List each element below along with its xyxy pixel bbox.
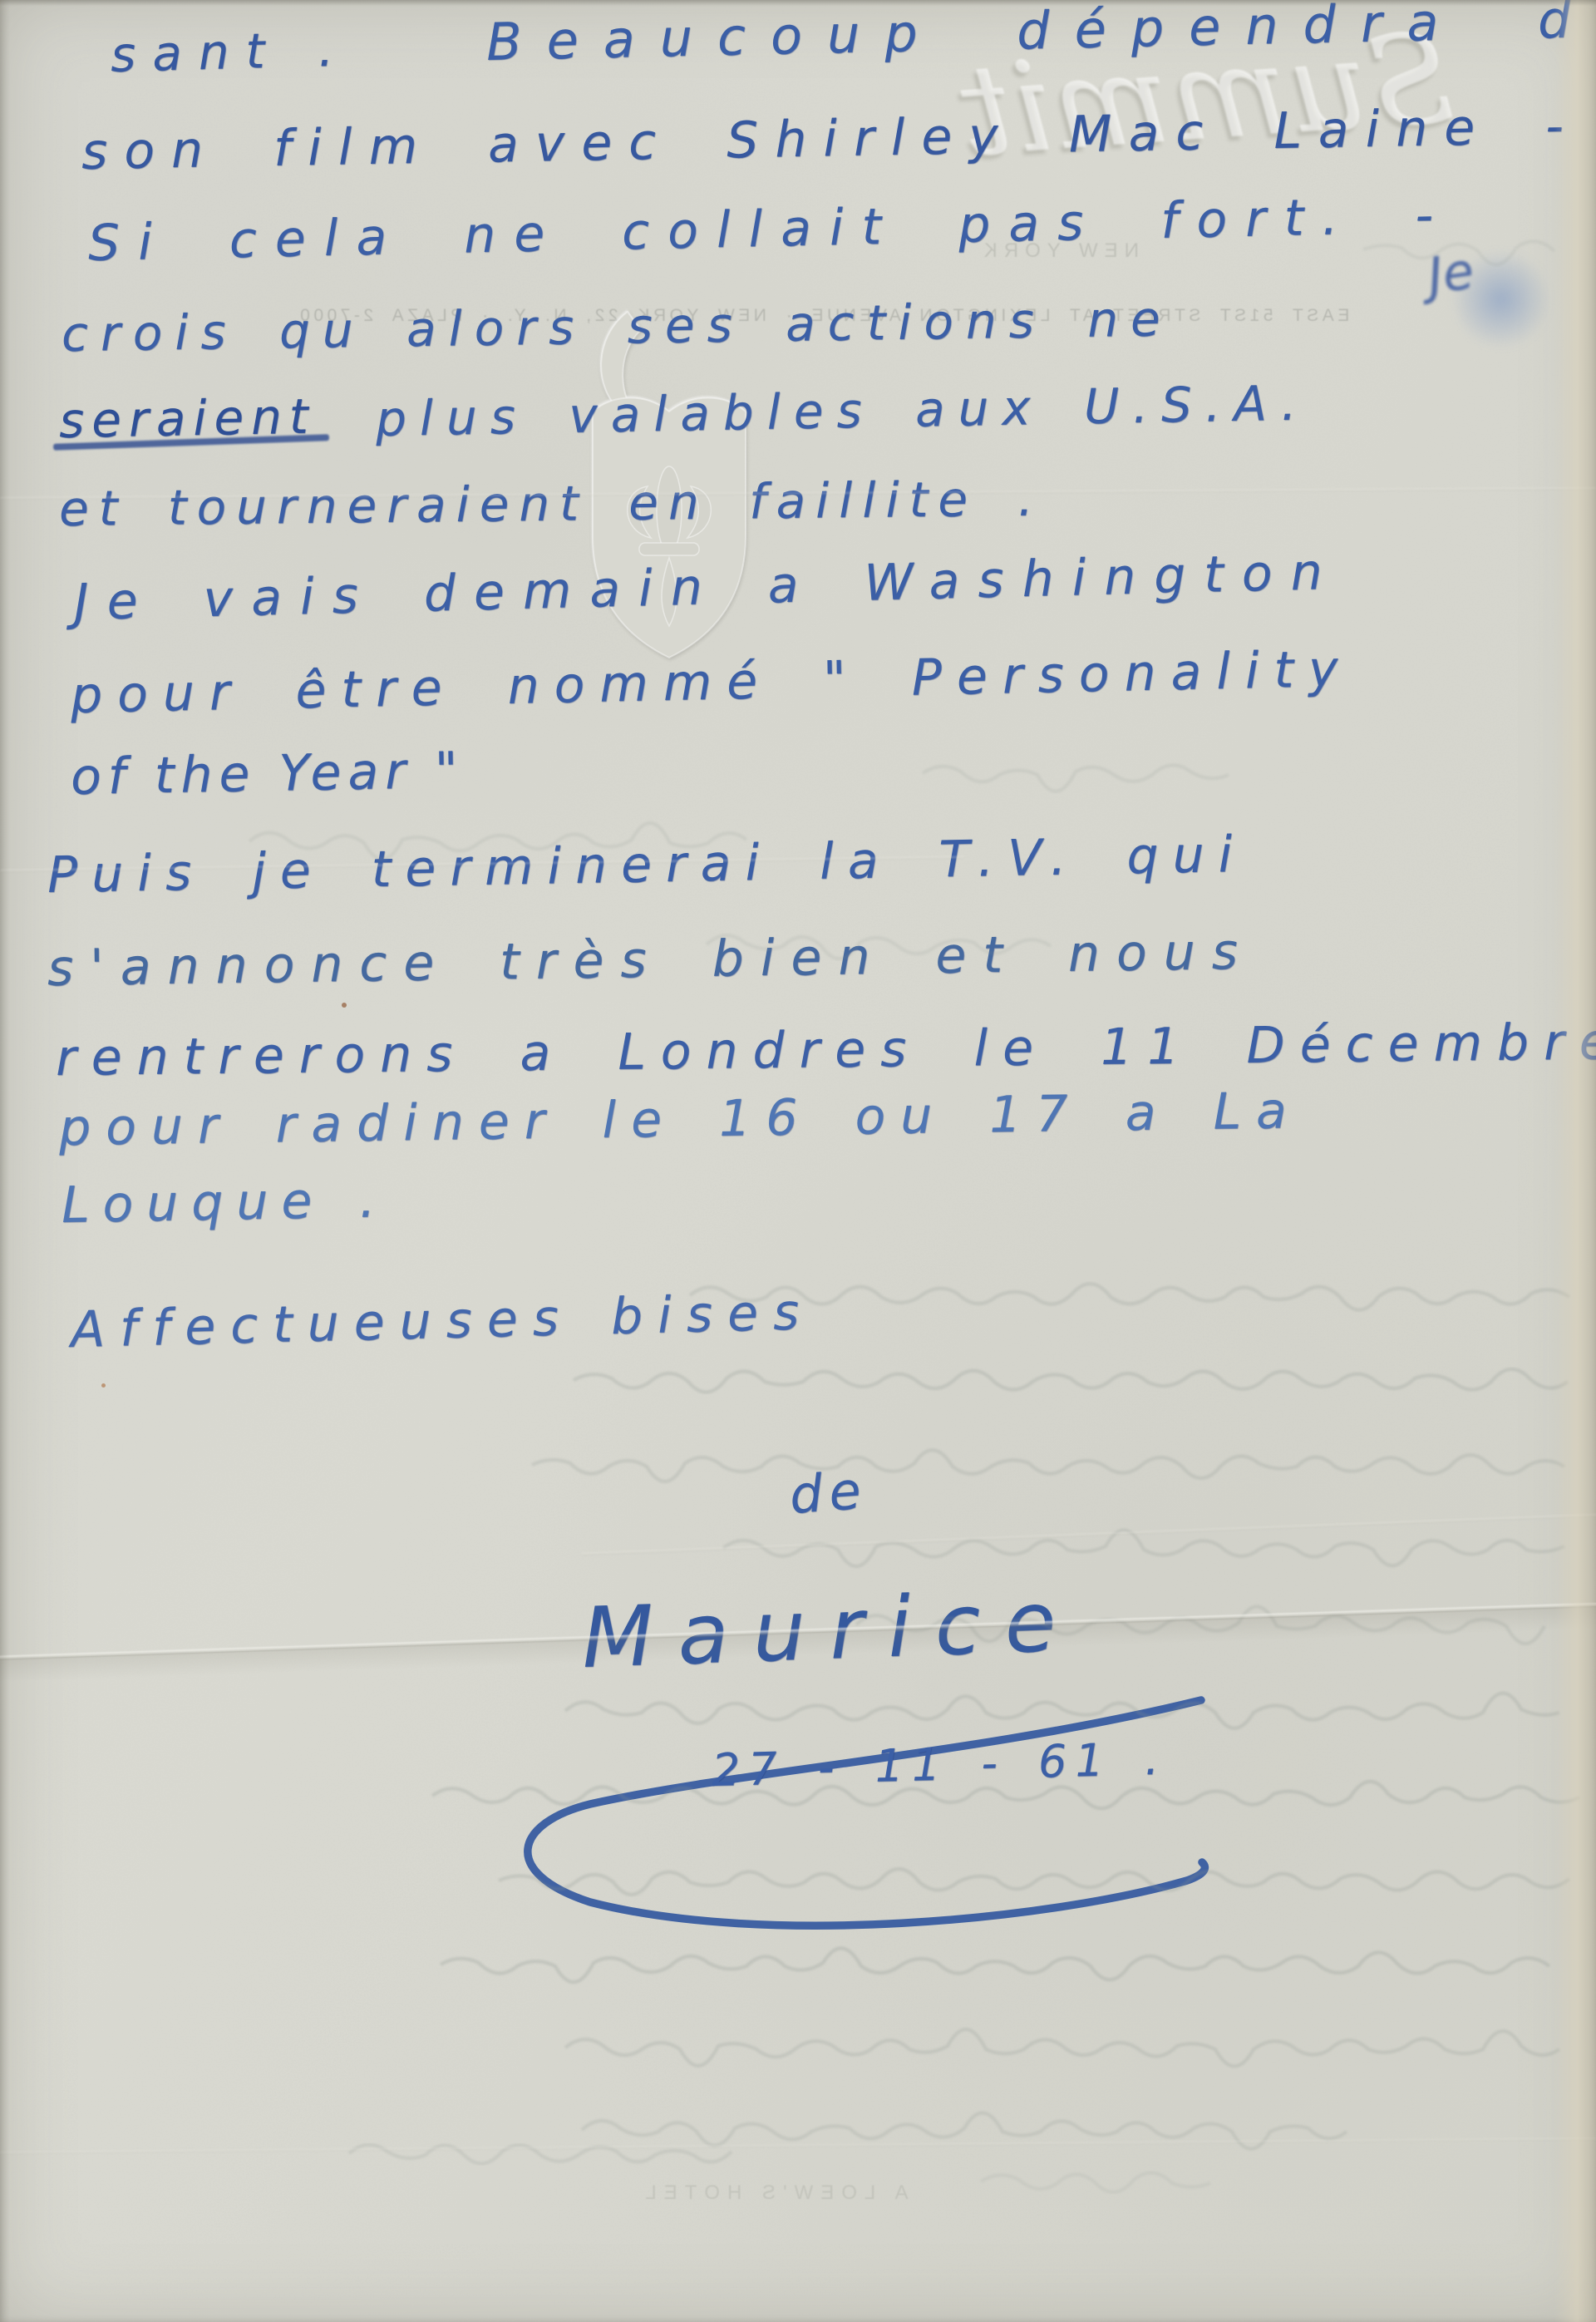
paper-left-edge bbox=[0, 0, 10, 2322]
hw-line-affectueuses: Affectueuses bises bbox=[70, 1283, 815, 1359]
paper-top-edge bbox=[0, 0, 1596, 6]
hw-line-faillite: et tourneraient en faillite . bbox=[59, 471, 1044, 537]
rust-speck bbox=[342, 1003, 347, 1008]
rust-speck-2 bbox=[101, 1383, 106, 1388]
signature-name: Maurice bbox=[580, 1572, 1081, 1687]
hw-line-puis-je: Puis je terminerai la T.V. qui bbox=[47, 826, 1246, 905]
hw-line-sant: sant . bbox=[110, 20, 351, 83]
crease-lower bbox=[0, 2137, 1596, 2154]
signature-date: 27 - 11 - 61 . bbox=[711, 1733, 1168, 1797]
hw-line-personality: pour être nommé " Personality bbox=[70, 640, 1353, 725]
paper-right-edge bbox=[1554, 0, 1596, 2322]
footer-showthrough-text: A LOEW'S HOTEL bbox=[607, 2181, 939, 2205]
hw-line-crois: crois qu alors ses actions ne bbox=[62, 290, 1174, 362]
hw-line-washington: Je vais demain a Washington bbox=[73, 543, 1341, 632]
hw-line-plus-valables: plus valables aux U.S.A. bbox=[375, 374, 1310, 447]
hw-line-radiner: pour radiner le 16 ou 17 a La bbox=[59, 1082, 1303, 1157]
hw-line-louque: Louque . bbox=[61, 1171, 389, 1235]
hw-line-si-cela: Si cela ne collait pas fort. - bbox=[87, 186, 1451, 273]
hw-line-sannonce: s'annonce très bien et nous bbox=[47, 923, 1255, 998]
hw-line-son-film: son film avec Shirley Mac Laine - bbox=[81, 97, 1580, 181]
signature-flourish bbox=[465, 1663, 1255, 1937]
hw-line-rentrerons: rentrerons a Londres le 11 Décembre bbox=[56, 1013, 1596, 1087]
fold-crease-secondary bbox=[582, 1514, 1596, 1555]
hw-line-of-the-year: of the Year " bbox=[70, 742, 465, 806]
signature-closing: de bbox=[787, 1460, 869, 1526]
letter-page: Summit NEW YORK EAST 51ST STREET AT LEXI… bbox=[0, 0, 1596, 2322]
